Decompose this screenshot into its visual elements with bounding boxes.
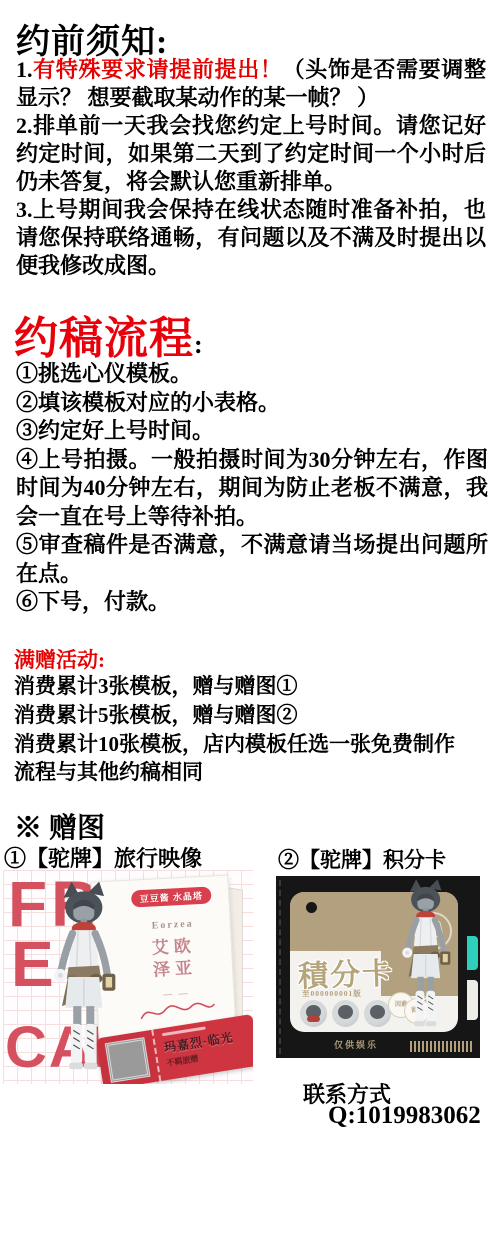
barcode xyxy=(410,1041,472,1052)
region-cn-line2: 泽亚 xyxy=(122,956,229,984)
notice-item1-prefix: 1. xyxy=(16,57,33,82)
notice-item3: 3.上号期间我会保持在线状态随时准备补拍，也请您保持联络通畅，有问题以及不满及时… xyxy=(16,197,486,278)
promo-lines: 消费累计3张模板，赠与赠图① 消费累计5张模板，赠与赠图② 消费累计10张模板，… xyxy=(14,672,488,787)
region-name-cn: 艾欧 泽亚 xyxy=(120,934,228,983)
process-step: ③约定好上号时间。 xyxy=(16,417,488,446)
character-illustration-small xyxy=(386,878,464,1030)
gifts-section-title: ※ 赠图 xyxy=(14,806,105,846)
promo-poster: 约前须知: 1.有特殊要求请提前提出！（头饰是否需要调整显示？ 想要截取某动作的… xyxy=(0,0,500,1256)
thumb-face xyxy=(370,1005,385,1019)
process-step: ⑤审查稿件是否满意，不满意请当场提出问题所在点。 xyxy=(16,531,488,588)
thumb-face xyxy=(338,1005,353,1019)
notice-item2: 2.排单前一天我会找您约定上号时间。请您记好约定时间，如果第二天到了约定时间一个… xyxy=(16,113,486,194)
stitch-border xyxy=(279,880,281,1054)
contact-qq-number: Q:1019983062 xyxy=(328,1102,481,1130)
index-tab-white xyxy=(467,980,478,1020)
portrait-thumb xyxy=(300,1000,327,1027)
ticket-photo-frame xyxy=(105,1037,151,1083)
process-title-colon: : xyxy=(194,330,204,359)
region-name-en: Eorzea xyxy=(119,917,226,934)
process-step: ④上号拍摄。一般拍摄时间为30分钟左右，作图时间为40分钟左右，期间为防止老板不… xyxy=(16,446,488,532)
process-title-text: 约稿流程 xyxy=(14,314,194,363)
points-card-footer: 仅供娱乐 xyxy=(334,1038,378,1051)
process-step: ⑥下号，付款。 xyxy=(16,588,488,617)
notice-body: 1.有特殊要求请提前提出！（头饰是否需要调整显示？ 想要截取某动作的某一帧？ ）… xyxy=(16,56,486,280)
points-card-serial: 至000000001版 xyxy=(302,988,362,999)
promo-line: 消费累计10张模板，店内模板任选一张免费制作 xyxy=(14,730,488,759)
punch-hole xyxy=(306,902,317,913)
process-step: ①挑选心仪模板。 xyxy=(16,360,488,389)
promo-line: 消费累计5张模板，赠与赠图② xyxy=(14,701,488,730)
gift-label-points-card: ②【驼牌】积分卡 xyxy=(278,844,446,874)
promo-line: 消费累计3张模板，赠与赠图① xyxy=(14,672,488,701)
process-title: 约稿流程: xyxy=(14,302,204,366)
process-steps: ①挑选心仪模板。 ②填该模板对应的小表格。 ③约定好上号时间。 ④上号拍摄。一般… xyxy=(16,360,488,617)
thumb-scarf xyxy=(307,1016,320,1022)
server-badge: 豆豆酱 水晶塔 xyxy=(131,886,211,907)
promo-title: 满赠活动: xyxy=(14,644,105,674)
process-step: ②填该模板对应的小表格。 xyxy=(16,389,488,418)
gift-label-travel-card: ①【驼牌】旅行映像 xyxy=(4,842,202,873)
portrait-thumb xyxy=(332,1000,359,1027)
travel-card-image: FR E CARD 豆豆酱 水晶塔 Eorzea 艾欧 泽亚 — — 〻/〻 xyxy=(3,870,253,1084)
notice-item1-highlight: 有特殊要求请提前提出！ xyxy=(33,57,283,82)
points-card-image: 豆豆酱 水晶塔 積分卡 至000000001版 使用禁止 因素 留言 仅供娱乐 xyxy=(276,876,480,1058)
ticket-stub xyxy=(96,1030,159,1084)
index-tab-teal xyxy=(467,936,478,970)
promo-line: 流程与其他约稿相同 xyxy=(14,758,488,787)
